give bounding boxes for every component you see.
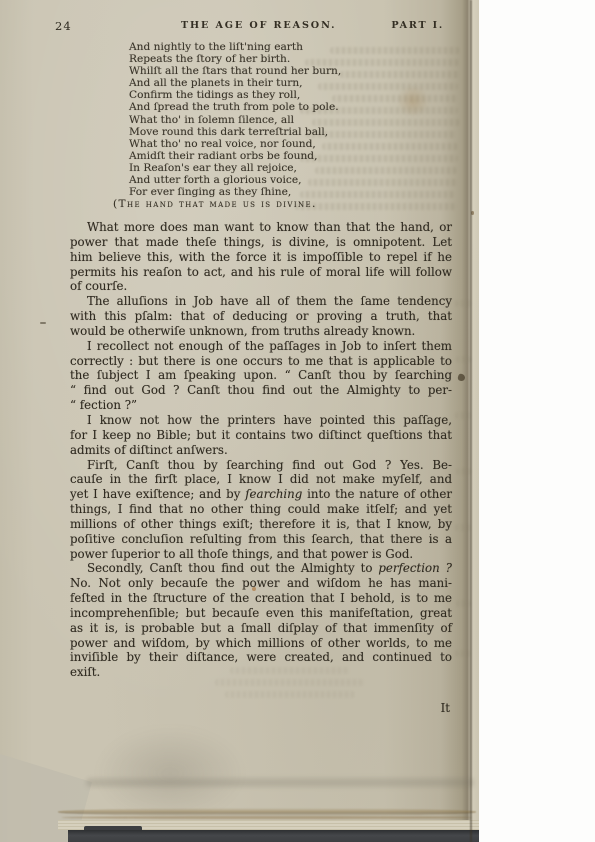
text-line: poſitive concluſion reſulting from this … xyxy=(70,532,452,547)
poem-line: And ſpread the truth from pole to pole. xyxy=(129,101,429,113)
poem-line: Confirm the tidings as they roll, xyxy=(129,89,429,101)
poem-line: What tho' in ſolemn ſilence, all xyxy=(129,114,429,126)
text-line: as it is, is probable but a ſmall diſpla… xyxy=(70,621,452,636)
poem-line: Whilſt all the ſtars that round her burn… xyxy=(129,65,429,77)
text-line: power ſuperior to all thoſe things, and … xyxy=(70,547,452,562)
text-line: permits his reaſon to act, and his rule … xyxy=(70,265,452,280)
ghost-text-line xyxy=(455,524,471,531)
poem-line: In Reaſon's ear they all rejoice, xyxy=(129,162,429,174)
text-line: incomprehenſible; but becauſe even this … xyxy=(70,606,452,621)
book-board-edge xyxy=(68,830,479,842)
text-line: No. Not only becauſe the power and wiſdo… xyxy=(70,576,452,591)
text-line: the ſubject I am ſpeaking upon. “ Canſt … xyxy=(70,368,452,383)
book-page-scan: 24 THE AGE OF REASON. PART I. And nightl… xyxy=(0,0,479,842)
text-line: things, I find that no other thing could… xyxy=(70,502,452,517)
paragraph: The alluſions in Job have all of them th… xyxy=(70,294,452,339)
text-line: him believe this, with the force it is i… xyxy=(70,250,452,265)
poem-line: Amidſt their radiant orbs be found, xyxy=(129,150,429,162)
ink-blot xyxy=(457,373,466,382)
page-number: 24 xyxy=(55,19,72,33)
text-line: Secondly, Canſt thou find out the Almigh… xyxy=(70,561,452,576)
paragraph: Secondly, Canſt thou find out the Almigh… xyxy=(70,561,452,680)
paragraph: I recollect not enough of the paſſages i… xyxy=(70,339,452,413)
part-label: PART I. xyxy=(391,20,444,31)
text-line: “ find out God ? Canſt thou find out the… xyxy=(70,383,452,398)
poem-final-line: (The hand that made us is divine. xyxy=(113,198,429,210)
text-line: I know not how the printers have pointed… xyxy=(70,413,452,428)
page-corner-shadow xyxy=(95,726,245,821)
poem-line: What tho' no real voice, nor ſound, xyxy=(129,138,429,150)
text-line: with this pſalm: that of deducing or pro… xyxy=(70,309,452,324)
text-line: millions of other things exiſt; therefor… xyxy=(70,517,452,532)
poem-line: And nightly to the liſt'ning earth xyxy=(129,41,429,53)
poem-line: For ever ſinging as they ſhine, xyxy=(129,186,429,198)
paragraph: I know not how the printers have pointed… xyxy=(70,413,452,458)
margin-mark xyxy=(40,322,46,324)
text-line: I recollect not enough of the paſſages i… xyxy=(70,339,452,354)
text-line: correctly : but there is one occurs to m… xyxy=(70,354,452,369)
text-line: What more does man want to know than tha… xyxy=(70,220,452,235)
text-line: admits of diſtinct anſwers. xyxy=(70,443,452,458)
paper-streak xyxy=(86,778,474,787)
text-line: cauſe in the firſt place, I know I did n… xyxy=(70,472,452,487)
ghost-text-line xyxy=(455,650,471,657)
ghost-text-line xyxy=(456,468,471,475)
page-edge-shadow xyxy=(470,0,472,842)
text-line: of courſe. xyxy=(70,279,452,294)
paragraph: What more does man want to know than tha… xyxy=(70,220,452,294)
poem-line: Repeats the ſtory of her birth. xyxy=(129,53,429,65)
scanned-book-screenshot: 24 THE AGE OF REASON. PART I. And nightl… xyxy=(0,0,595,842)
text-line: inviſible by their diſtance, were create… xyxy=(70,650,452,665)
page-header: 24 THE AGE OF REASON. PART I. xyxy=(55,19,452,34)
ghost-text-line xyxy=(456,356,471,363)
poem-line: And utter forth a glorious voice, xyxy=(129,174,429,186)
text-line: exiſt. xyxy=(70,665,452,680)
poem-line: Move round this dark terreſtrial ball, xyxy=(129,126,429,138)
ghost-text-line xyxy=(456,600,471,607)
body-text-block: What more does man want to know than tha… xyxy=(70,220,452,680)
italic-text: ſearching xyxy=(245,487,302,501)
text-line: would be otherwiſe unknown, from truths … xyxy=(70,324,452,339)
italic-text: perfection ? xyxy=(378,561,452,575)
page-crease-line xyxy=(62,816,472,819)
ghost-text-line xyxy=(455,412,471,419)
running-title: THE AGE OF REASON. xyxy=(181,20,336,31)
catchword-row: It xyxy=(70,697,452,716)
poem-block: And nightly to the liſt'ning earthRepeat… xyxy=(129,41,429,210)
text-line: feſted in the ſtructure of the creation … xyxy=(70,591,452,606)
text-line: Firſt, Canſt thou by ſearching find out … xyxy=(70,458,452,473)
paragraph: Firſt, Canſt thou by ſearching find out … xyxy=(70,458,452,562)
catchword: It xyxy=(441,701,452,715)
text-line: “ fection ?” xyxy=(70,398,452,413)
text-line: power that made theſe things, is divine,… xyxy=(70,235,452,250)
poem-line: And all the planets in their turn, xyxy=(129,77,429,89)
text-line: yet I have exiſtence; and by ſearching i… xyxy=(70,487,452,502)
text-line: power and wiſdom, by which millions of o… xyxy=(70,636,452,651)
text-line: for I keep no Bible; but it contains two… xyxy=(70,428,452,443)
text-line: The alluſions in Job have all of them th… xyxy=(70,294,452,309)
page-crease xyxy=(58,808,476,816)
